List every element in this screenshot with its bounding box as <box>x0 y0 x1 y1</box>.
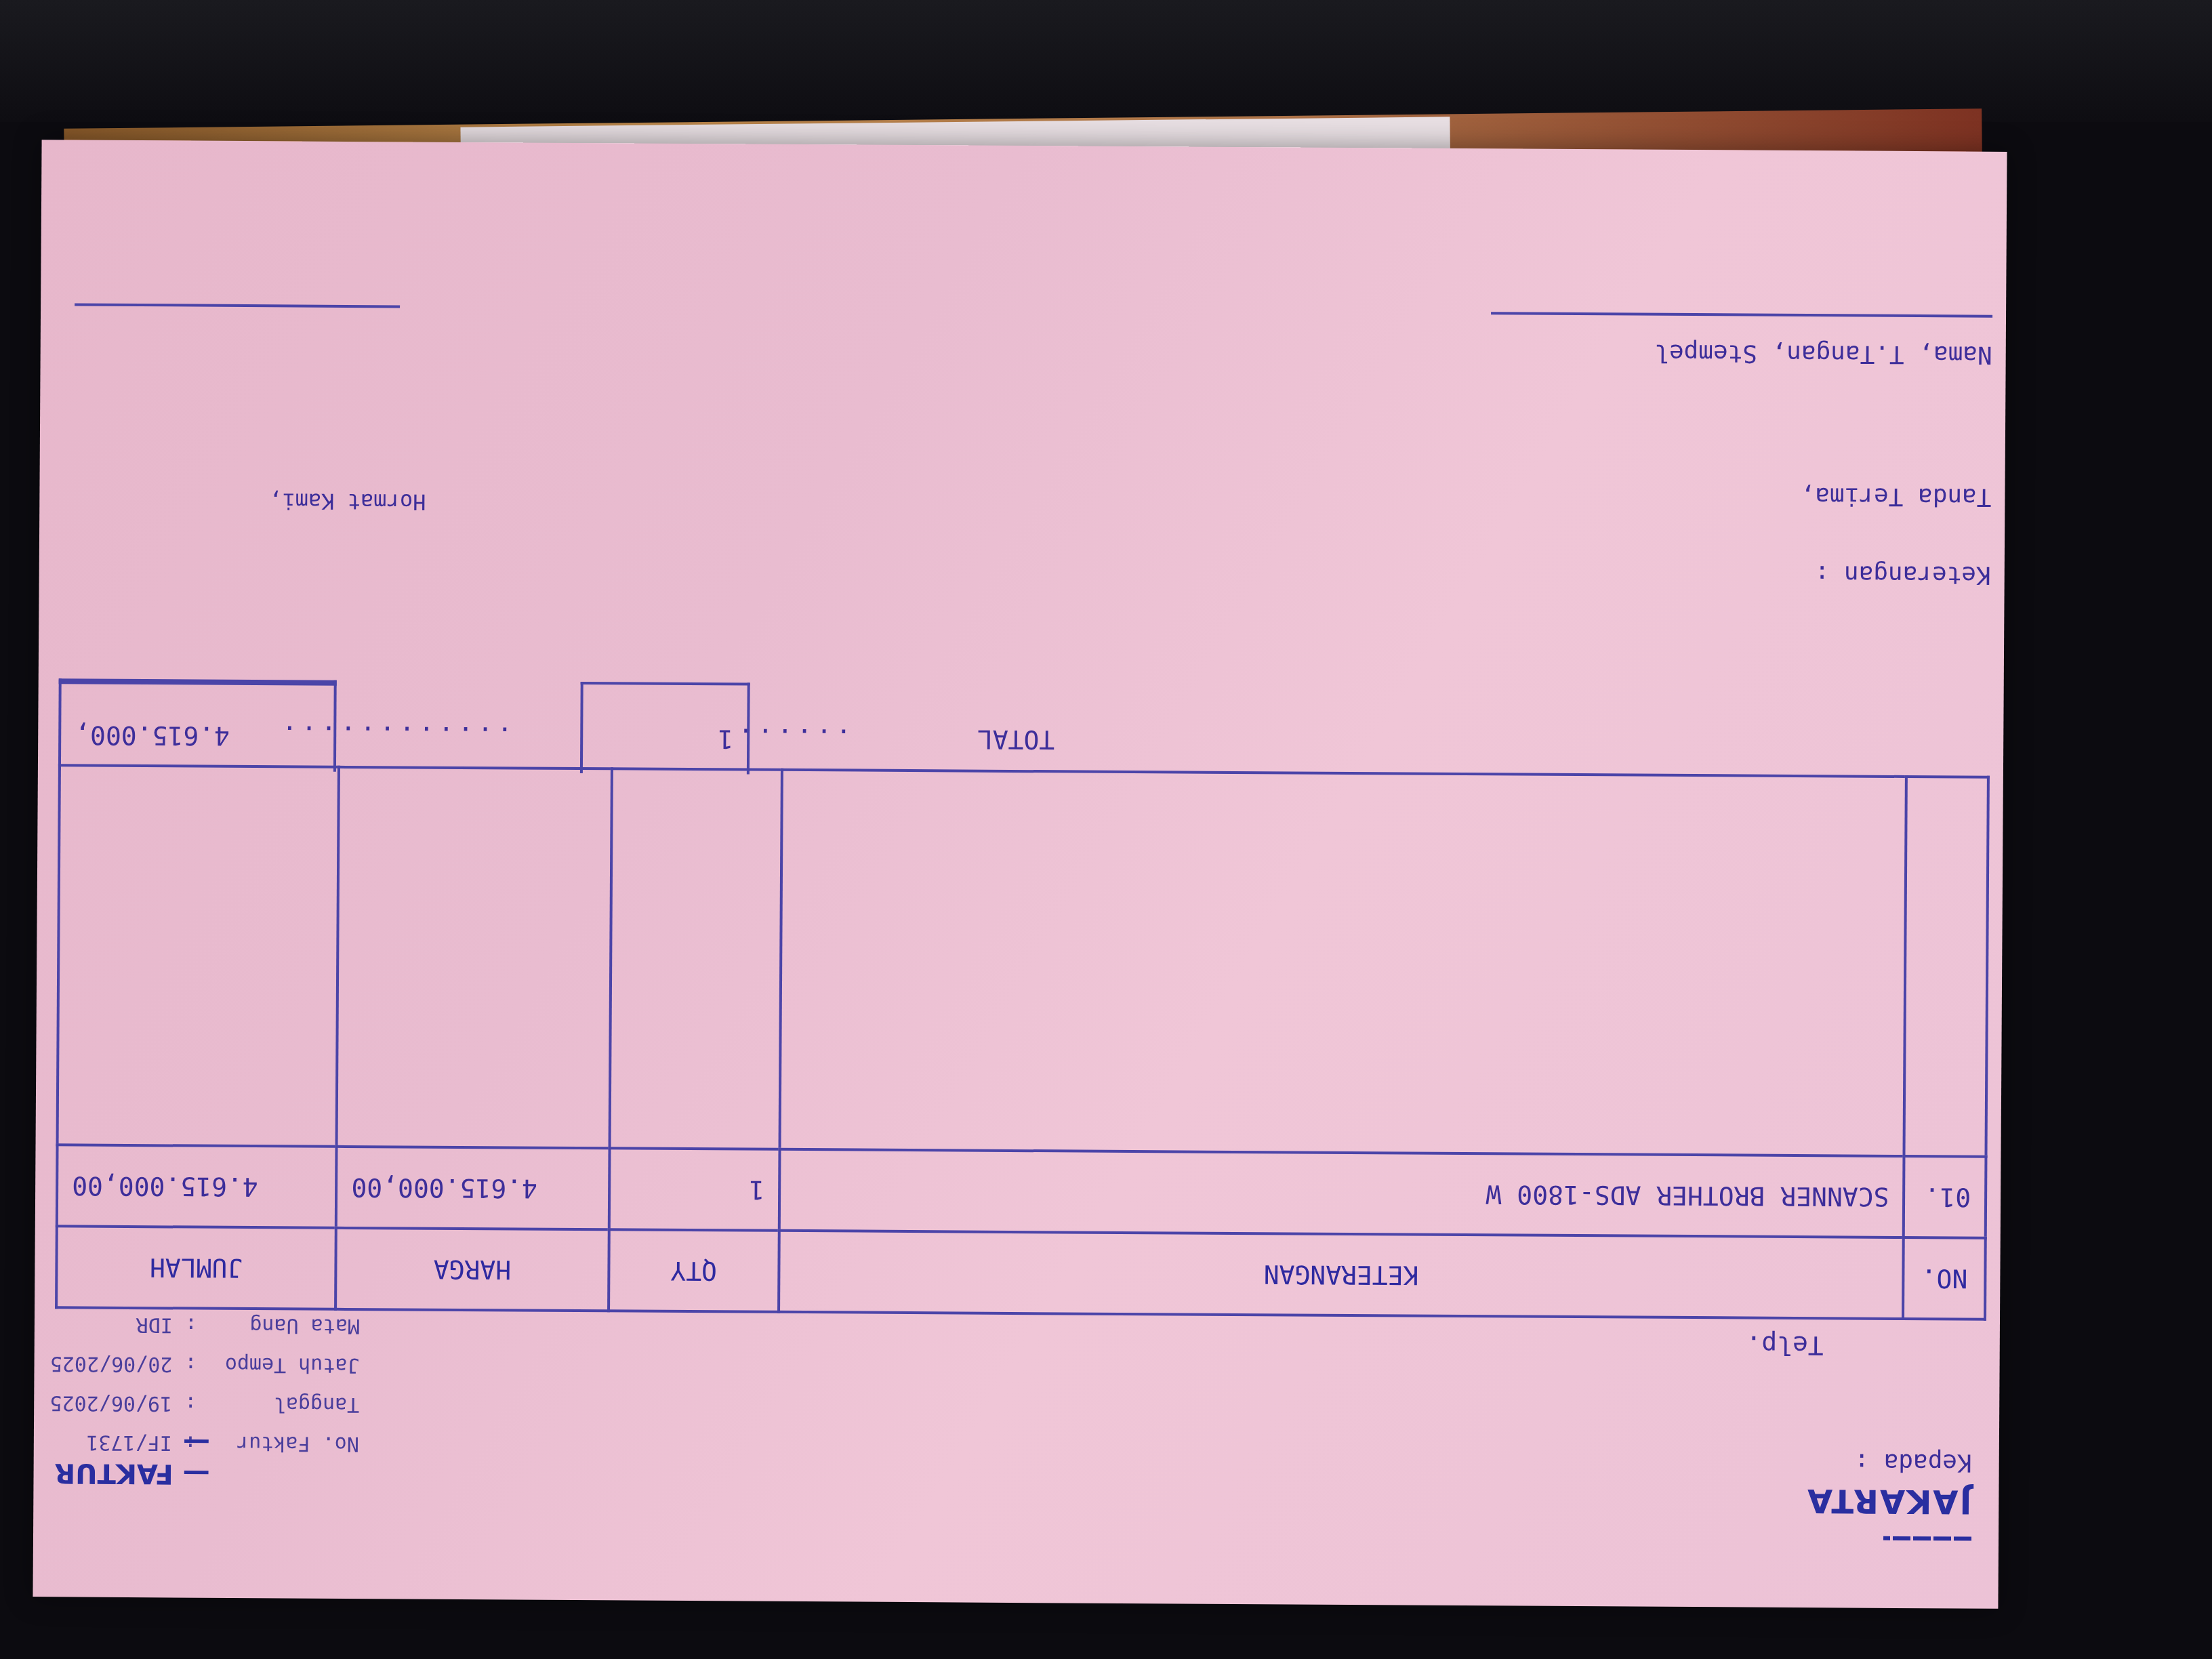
signature-line-right <box>75 303 400 308</box>
col-keterangan: KETERANGAN <box>779 1231 1904 1319</box>
invoice-paper: JAKARTA Kepada : Telp. — FAKTUR — No. Fa… <box>33 140 2007 1609</box>
value: : IDR <box>136 1305 197 1345</box>
blank-cell <box>337 767 612 1148</box>
value: : 20/06/2025 <box>50 1343 197 1383</box>
table-header: NO. KETERANGAN QTY HARGA JUMLAH <box>56 1226 1986 1319</box>
table-row: 01. SCANNER BROTHER ADS-1800 W 1 4.615.0… <box>57 1145 1986 1237</box>
blank-cell <box>58 765 340 1147</box>
invoice-document: JAKARTA Kepada : Telp. — FAKTUR — No. Fa… <box>33 140 2007 1609</box>
signature-label: Nama, T.Tangan, Stempel <box>1654 339 1992 369</box>
meta-row-due-date: Jatuh Tempo: 20/06/2025 <box>50 1343 360 1385</box>
total-amount: 4.615.000, <box>58 678 337 772</box>
total-row: TOTAL ...... 1 ............ 4.615.000, <box>58 695 1990 775</box>
value: : IF/1731 <box>86 1422 197 1462</box>
received-by-label: Tanda Terima, <box>1801 482 1992 511</box>
col-jumlah: JUMLAH <box>56 1226 336 1309</box>
cell-qty: 1 <box>609 1148 779 1231</box>
label: Tanggal <box>197 1384 359 1424</box>
total-dots: ...... <box>734 722 852 753</box>
meta-row-date: Tanggal: 19/06/2025 <box>49 1382 359 1424</box>
col-harga: HARGA <box>335 1228 609 1311</box>
cell-keterangan: SCANNER BROTHER ADS-1800 W <box>779 1149 1904 1237</box>
recipient-label: Kepada : <box>1854 1448 1972 1477</box>
col-no: NO. <box>1903 1237 1985 1319</box>
brand-underline <box>1883 1536 1971 1541</box>
signature-line-left <box>1491 312 1992 318</box>
meta-row-invoice-no: No. Faktur: IF/1731 <box>49 1422 359 1463</box>
label: Mata Uang <box>197 1305 360 1345</box>
table-blank-space <box>58 765 1988 1156</box>
cell-no: 01. <box>1904 1156 1986 1238</box>
label: Jatuh Tempo <box>197 1345 359 1385</box>
notes-label: Keterangan : <box>1815 560 1991 589</box>
background <box>0 0 2212 122</box>
regards-label: Hormat Kami, <box>269 488 426 514</box>
total-label: TOTAL <box>977 724 1055 755</box>
phone-label: Telp. <box>1746 1330 1824 1361</box>
blank-cell <box>780 770 1907 1156</box>
company-name: JAKARTA <box>1806 1481 1972 1520</box>
cell-jumlah: 4.615.000,00 <box>57 1145 337 1228</box>
items-table: NO. KETERANGAN QTY HARGA JUMLAH 01. SCAN… <box>55 764 1990 1320</box>
blank-cell <box>609 769 782 1149</box>
invoice-meta: No. Faktur: IF/1731 Tanggal: 19/06/2025 … <box>49 1304 360 1463</box>
total-qty: 1 <box>580 682 750 775</box>
value: : 19/06/2025 <box>49 1382 197 1422</box>
cell-harga: 4.615.000,00 <box>336 1147 609 1229</box>
label: No. Faktur <box>197 1423 359 1463</box>
col-qty: QTY <box>609 1229 779 1312</box>
blank-cell <box>1904 777 1988 1157</box>
